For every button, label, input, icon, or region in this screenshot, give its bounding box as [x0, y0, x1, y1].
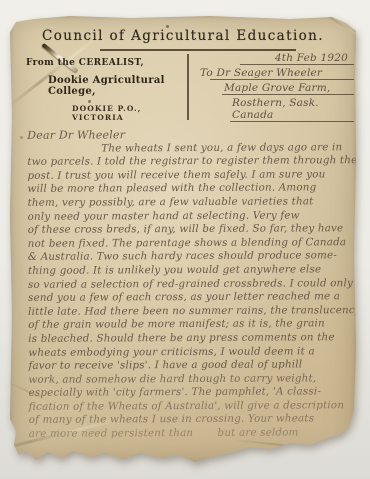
body-line: send you a few of each cross, as your le…: [28, 290, 350, 305]
paper-speck: [20, 136, 23, 139]
header-divider-rule: [187, 54, 189, 120]
address-rule: [230, 121, 354, 122]
body-line: them, very possibly, are a few valuable …: [28, 195, 350, 210]
city-text: Rosthern, Sask. Canada: [198, 97, 354, 121]
address-rule: [210, 79, 354, 80]
crease-fold: [230, 439, 369, 456]
recipient-address-block: 4th Feb 1920 To Dr Seager Wheeler Maple …: [198, 52, 354, 124]
city-line: Rosthern, Sask. Canada: [198, 97, 354, 122]
letterhead-title: Council of Agricultural Education.: [10, 28, 356, 44]
farm-line: Maple Grove Farm,: [198, 82, 354, 95]
college-label: Dookie Agricultural College,: [48, 75, 186, 97]
body-line: is bleached. Should there be any press c…: [28, 331, 350, 346]
body-line: of these cross breds, if any, will be fi…: [28, 222, 350, 237]
scanned-letter-scene: Council of Agricultural Education. From …: [0, 0, 370, 479]
recipient-line: To Dr Seager Wheeler: [198, 67, 354, 80]
from-cerealist-label: From the CEREALIST,: [26, 58, 186, 68]
letter-paper-wrap: Council of Agricultural Education. From …: [10, 16, 356, 462]
date-text: 4th Feb 1920: [198, 52, 354, 64]
letter-paper: Council of Agricultural Education. From …: [10, 16, 356, 462]
address-rule: [240, 64, 354, 65]
post-office-label: DOOKIE P.O., VICTORIA: [72, 104, 186, 122]
title-rule: [100, 49, 296, 51]
body-line: two parcels. I told the registrar to reg…: [27, 154, 349, 169]
address-rule: [222, 94, 354, 95]
farm-text: Maple Grove Farm,: [198, 82, 354, 94]
recipient-text: To Dr Seager Wheeler: [198, 67, 354, 79]
date-line: 4th Feb 1920: [198, 52, 354, 65]
letterhead-sender-block: From the CEREALIST, Dookie Agricultural …: [26, 58, 186, 122]
body-line: are more need persistent than but are se…: [29, 426, 351, 441]
letter-body: Dear Dr Wheeler The wheats I sent you, a…: [27, 127, 351, 441]
body-line: thing good. It is unlikely you would get…: [28, 263, 350, 278]
